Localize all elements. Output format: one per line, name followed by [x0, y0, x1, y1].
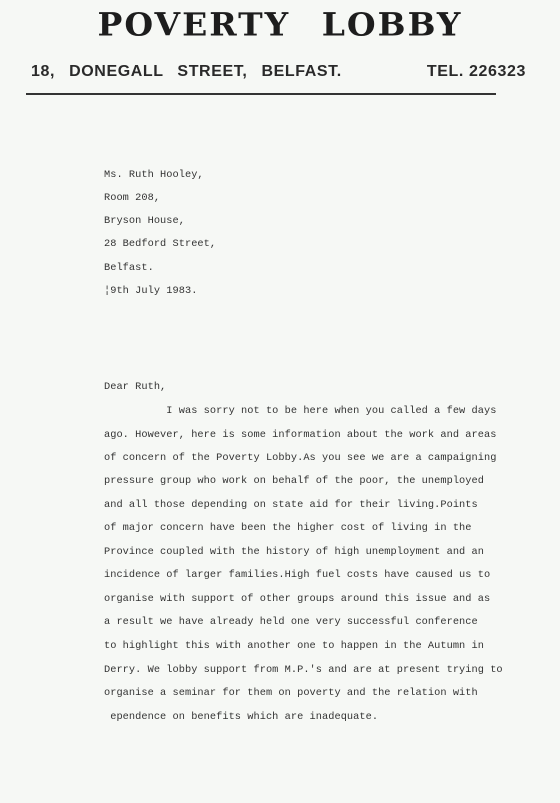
body-line: organise a seminar for them on poverty a…: [104, 687, 478, 699]
body-line: and all those depending on state aid for…: [104, 499, 478, 511]
recipient-line: Room 208,: [104, 192, 160, 204]
recipient-line: 28 Bedford Street,: [104, 238, 216, 250]
organization-telephone: TEL. 226323: [427, 63, 526, 81]
body-line: of concern of the Poverty Lobby.As you s…: [104, 452, 496, 464]
recipient-line: Bryson House,: [104, 215, 185, 227]
body-line: Derry. We lobby support from M.P.'s and …: [104, 664, 503, 676]
letterhead-address-line: 18, DONEGALL STREET, BELFAST. TEL. 22632…: [31, 63, 526, 81]
letter-date: ¦9th July 1983.: [104, 285, 197, 297]
body-line: of major concern have been the higher co…: [104, 522, 472, 534]
body-line: ependence on benefits which are inadequa…: [104, 711, 378, 723]
body-line: to highlight this with another one to ha…: [104, 640, 484, 652]
letterhead-divider: [26, 93, 496, 95]
body-line: ago. However, here is some information a…: [104, 429, 496, 441]
body-line: pressure group who work on behalf of the…: [104, 475, 484, 487]
body-line: a result we have already held one very s…: [104, 616, 478, 628]
salutation: Dear Ruth,: [104, 381, 166, 393]
recipient-line: Belfast.: [104, 262, 154, 274]
body-line: incidence of larger families.High fuel c…: [104, 569, 490, 581]
body-line: organise with support of other groups ar…: [104, 593, 490, 605]
recipient-line: Ms. Ruth Hooley,: [104, 169, 204, 181]
body-line: I was sorry not to be here when you call…: [104, 405, 496, 417]
organization-address: 18, DONEGALL STREET, BELFAST.: [31, 63, 342, 80]
body-line: Province coupled with the history of hig…: [104, 546, 484, 558]
organization-name: POVERTY LOBBY: [0, 6, 560, 43]
